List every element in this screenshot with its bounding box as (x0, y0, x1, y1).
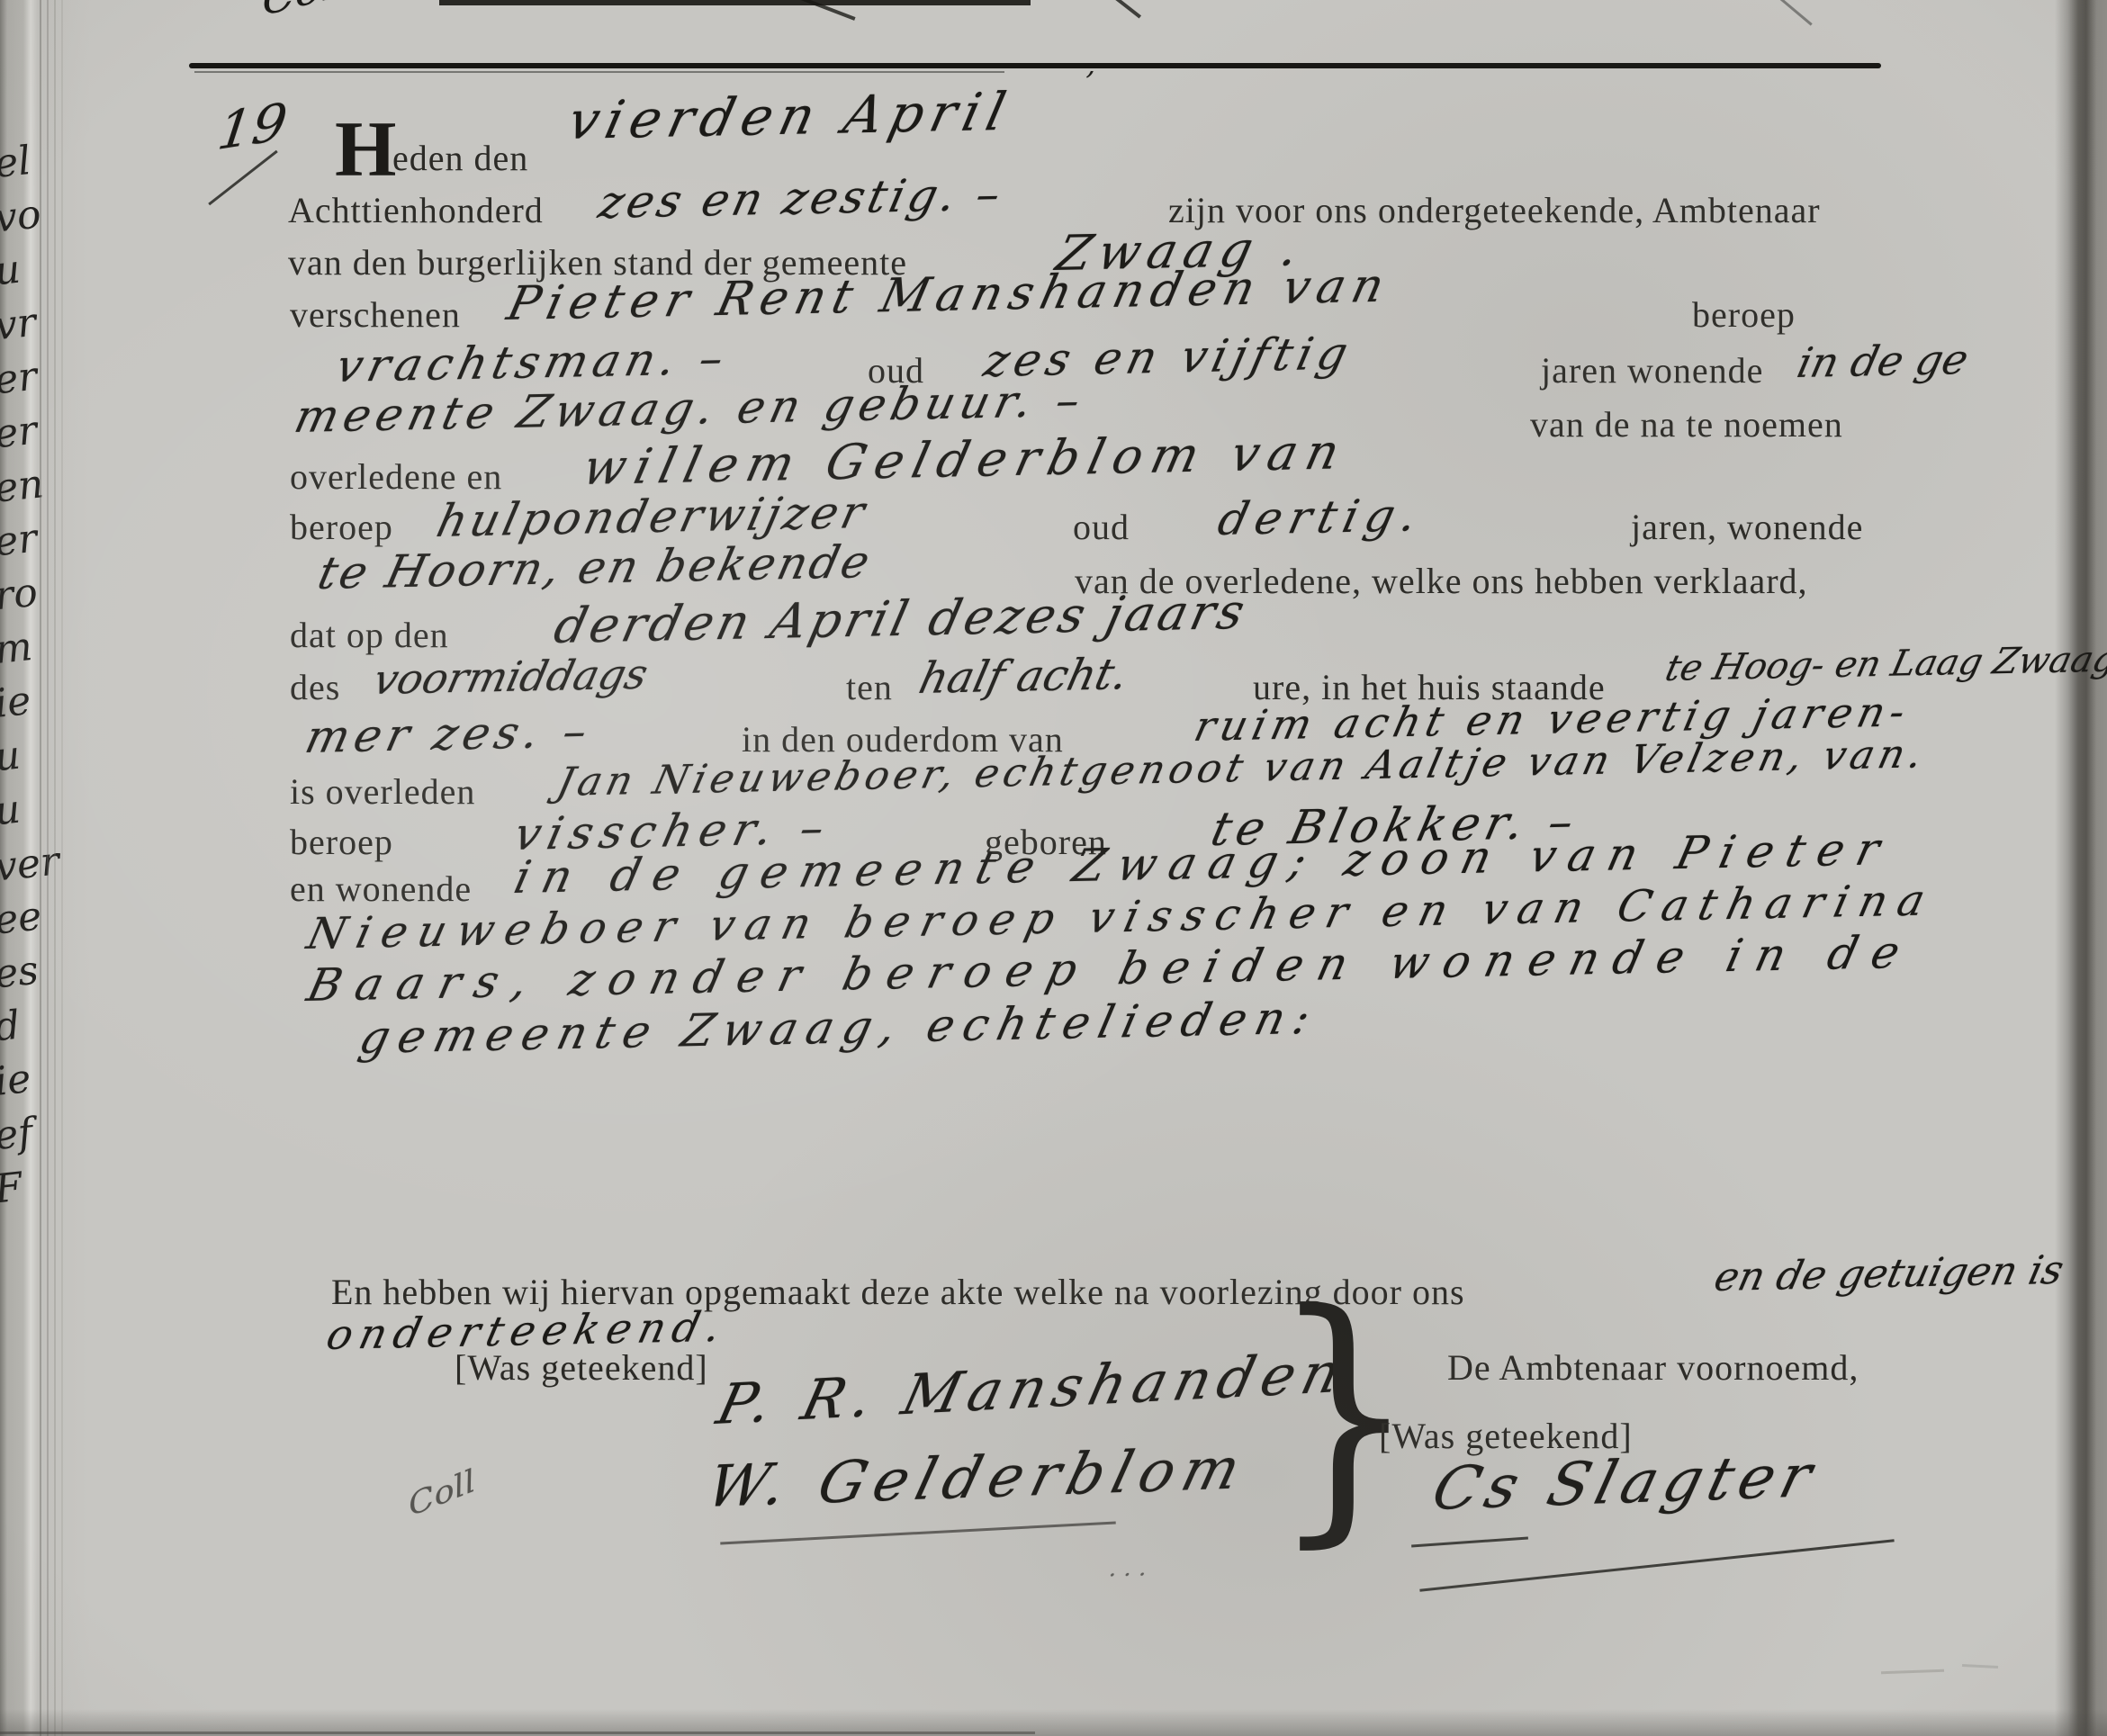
act-line: Achttienhonderdzes en zestig. –zijn voor… (0, 189, 2107, 243)
act-line: is overledenJan Nieuweboer, echtgenoot v… (0, 770, 2107, 824)
act-text-script: vierden April (563, 81, 1018, 151)
act-text-print: beroep (1692, 293, 1796, 336)
ink-dots: · · · (1105, 1561, 1148, 1589)
act-text-print: oud (1073, 506, 1130, 548)
pen-stroke (1091, 0, 1141, 19)
act-line: overledene enwillem Gelderblom van (0, 455, 2107, 509)
act-text-script: zes en zestig. – (594, 168, 1009, 229)
official-title: De Ambtenaar voornoemd, (1447, 1346, 1859, 1389)
margin-fragment: F (0, 1165, 24, 1213)
act-text-print: des (290, 666, 340, 708)
act-text-print: jaren wonende (1541, 349, 1763, 391)
act-text-print: H (335, 104, 396, 195)
act-text-print: en wonende (290, 868, 472, 910)
act-line: Heden denvierden April (0, 117, 2107, 171)
rule-echo (194, 71, 1004, 73)
act-text-print: overledene en (290, 455, 502, 498)
apostrophe-mark: ’ (1080, 67, 1096, 98)
signature-underline (1411, 1536, 1528, 1547)
act-text-print: jaren, wonende (1631, 506, 1863, 548)
coll-annotation: Coll (406, 1463, 479, 1524)
was-geteekend-left-label: [Was geteekend] (455, 1346, 708, 1389)
top-margin-annotation: Coll (262, 0, 348, 25)
act-text-print: van de na te noemen (1530, 403, 1843, 445)
act-text-print: ten (846, 666, 893, 708)
act-text-script: en de getuigen is (1710, 1247, 2068, 1300)
bottom-edge-line (0, 1732, 1035, 1734)
pen-stroke (1768, 0, 1812, 26)
act-text-print: Achttienhonderd (288, 189, 544, 231)
act-line: beroephulponderwijzerouddertig.jaren, wo… (0, 506, 2107, 560)
act-text-print: verschenen (290, 293, 461, 336)
act-text-print: is overleden (290, 770, 475, 813)
witness-signature: W. Gelderblom (700, 1435, 1255, 1521)
official-signature: Cs Slagter (1426, 1441, 1825, 1524)
top-edge-line (439, 0, 1031, 5)
act-line: gemeente Zwaag, echtelieden: (0, 1017, 2107, 1071)
act-text-print: dat op den (290, 614, 449, 656)
act-text-script: in de ge (1793, 335, 1973, 387)
margin-fragment: ef (0, 1110, 35, 1159)
act-text-script: mer zes. – (301, 705, 598, 763)
page-rule (189, 63, 1881, 68)
signature-brace: } (1271, 1303, 1417, 1525)
act-text-script: voormiddags (369, 650, 653, 704)
signature-underline (720, 1521, 1116, 1544)
act-text-script: half acht. (914, 649, 1133, 704)
signature-flourish (1419, 1539, 1894, 1591)
act-text-print: eden den (392, 137, 528, 179)
pencil-smudge (1881, 1669, 1944, 1674)
act-text-print: beroep (290, 506, 393, 548)
act-text-script: te Hoorn, en bekende (313, 535, 878, 599)
act-text-print: beroep (290, 821, 393, 863)
pencil-smudge (1962, 1664, 1998, 1669)
act-text-script: dertig. (1213, 489, 1429, 545)
death-certificate-scan: elvouvrererenerromieuuvereeesdieefF Coll… (0, 0, 2107, 1736)
